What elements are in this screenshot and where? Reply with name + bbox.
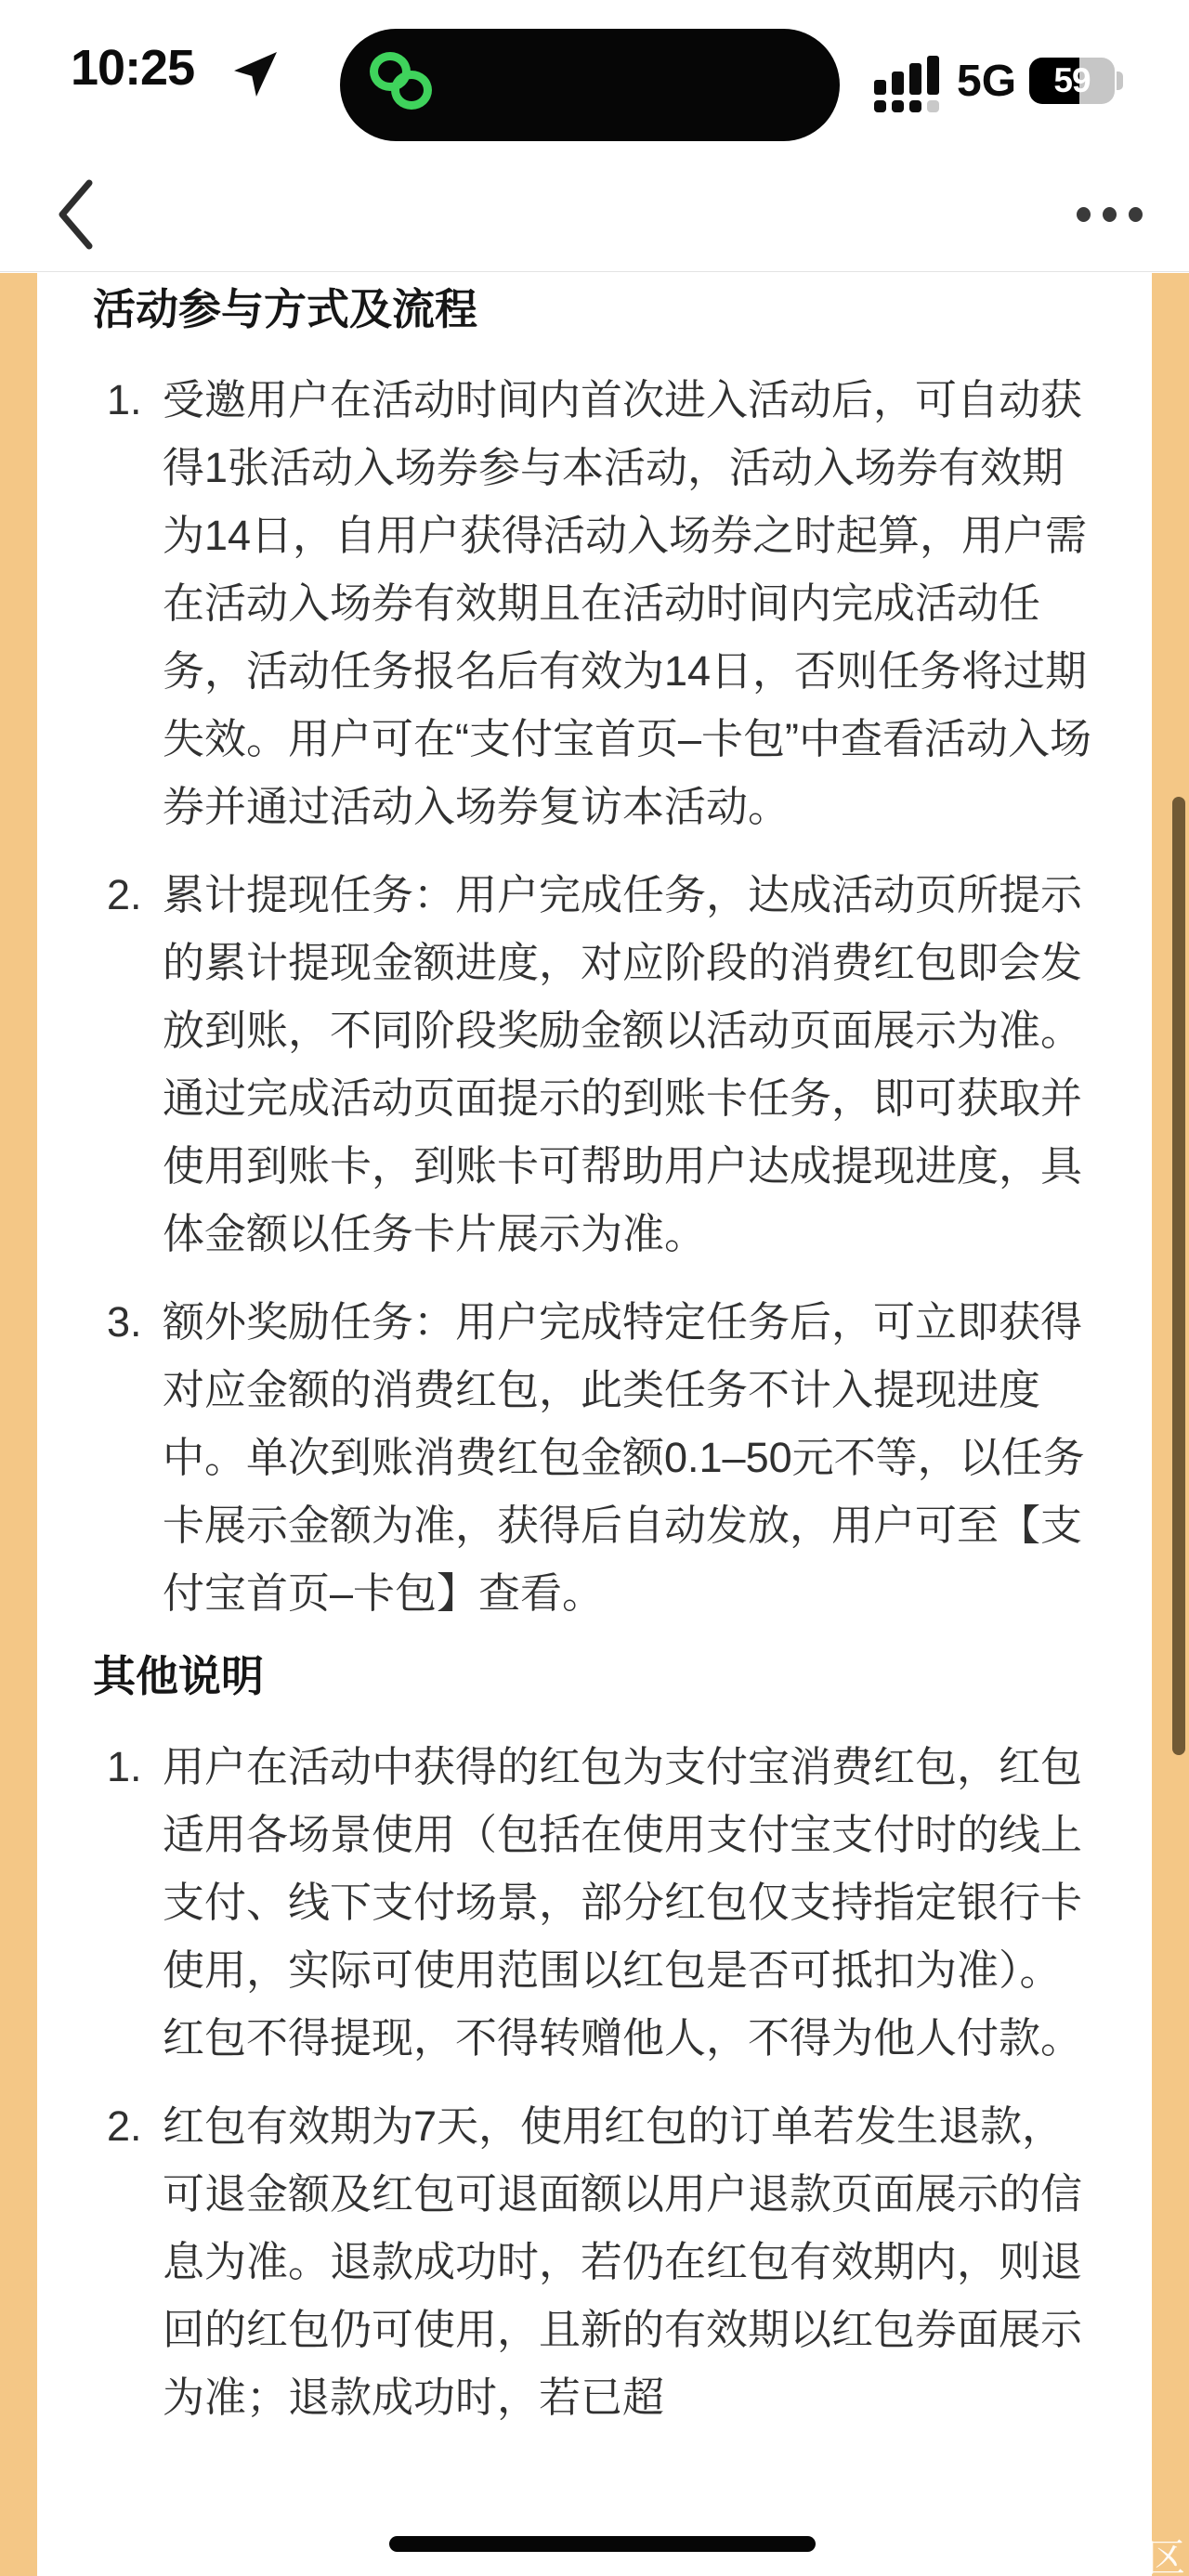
rule-item-text: 额外奖励任务：用户完成特定任务后，可立即获得对应金额的消费红包，此类任务不计入提… <box>163 1288 1103 1627</box>
rule-item: 2.红包有效期为7天，使用红包的订单若发生退款，可退金额及红包可退面额以用户退款… <box>107 2092 1103 2431</box>
rules-list: 1.受邀用户在活动时间内首次进入活动后，可自动获得1张活动入场券参与本活动，活动… <box>93 366 1103 1627</box>
more-button[interactable] <box>1073 203 1146 226</box>
iphone-screen: 10:25 5G 59 <box>0 0 1189 2576</box>
home-indicator[interactable] <box>389 2536 816 2552</box>
back-button[interactable] <box>56 178 95 251</box>
cellular-signal-icon <box>874 56 941 112</box>
hotspot-ring-icon <box>391 71 432 110</box>
rule-item-number: 1. <box>107 1733 163 2072</box>
section-heading: 其他说明 <box>93 1649 1103 1703</box>
rule-item: 1.受邀用户在活动时间内首次进入活动后，可自动获得1张活动入场券参与本活动，活动… <box>107 366 1103 840</box>
ellipsis-dot <box>1077 207 1091 222</box>
battery-icon: 59 <box>1029 58 1115 104</box>
section-heading: 活动参与方式及流程 <box>93 282 1103 336</box>
location-arrow-icon <box>234 52 277 97</box>
signal-bars <box>874 56 941 95</box>
battery-percent-label: 59 <box>1029 58 1115 104</box>
scrollbar-thumb[interactable] <box>1172 797 1185 1755</box>
status-bar: 10:25 5G 59 <box>0 0 1189 158</box>
content-area[interactable]: 活动参与方式及流程 1.受邀用户在活动时间内首次进入活动后，可自动获得1张活动入… <box>0 273 1189 2576</box>
rule-item-number: 1. <box>107 366 163 840</box>
rules-section: 其他说明 1.用户在活动中获得的红包为支付宝消费红包，红包适用各场景使用（包括在… <box>93 1649 1103 2431</box>
rule-item-text: 累计提现任务：用户完成任务，达成活动页所提示的累计提现金额进度，对应阶段的消费红… <box>163 861 1103 1268</box>
status-time: 10:25 <box>71 39 194 97</box>
rule-item-number: 3. <box>107 1288 163 1627</box>
network-type-label: 5G <box>957 56 1016 107</box>
rule-item: 3.额外奖励任务：用户完成特定任务后，可立即获得对应金额的消费红包，此类任务不计… <box>107 1288 1103 1627</box>
rule-item-number: 2. <box>107 861 163 1268</box>
dynamic-island[interactable] <box>340 29 840 141</box>
signal-dots <box>874 100 941 112</box>
nav-bar <box>0 158 1189 272</box>
rule-item-text: 红包有效期为7天，使用红包的订单若发生退款，可退金额及红包可退面额以用户退款页面… <box>163 2092 1103 2431</box>
rule-item: 1.用户在活动中获得的红包为支付宝消费红包，红包适用各场景使用（包括在使用支付宝… <box>107 1733 1103 2072</box>
rules-section: 活动参与方式及流程 1.受邀用户在活动时间内首次进入活动后，可自动获得1张活动入… <box>93 282 1103 1627</box>
battery-cap <box>1117 72 1123 90</box>
rules-card: 活动参与方式及流程 1.受邀用户在活动时间内首次进入活动后，可自动获得1张活动入… <box>37 273 1152 2576</box>
rules-list: 1.用户在活动中获得的红包为支付宝消费红包，红包适用各场景使用（包括在使用支付宝… <box>93 1733 1103 2431</box>
rule-item-text: 用户在活动中获得的红包为支付宝消费红包，红包适用各场景使用（包括在使用支付宝支付… <box>163 1733 1103 2072</box>
watermark-text: 区 <box>1146 2528 1185 2576</box>
personal-hotspot-icon <box>370 52 438 117</box>
rule-item: 2.累计提现任务：用户完成任务，达成活动页所提示的累计提现金额进度，对应阶段的消… <box>107 861 1103 1268</box>
rule-item-number: 2. <box>107 2092 163 2431</box>
ellipsis-dot <box>1129 207 1143 222</box>
rule-item-text: 受邀用户在活动时间内首次进入活动后，可自动获得1张活动入场券参与本活动，活动入场… <box>163 366 1103 840</box>
ellipsis-dot <box>1103 207 1117 222</box>
